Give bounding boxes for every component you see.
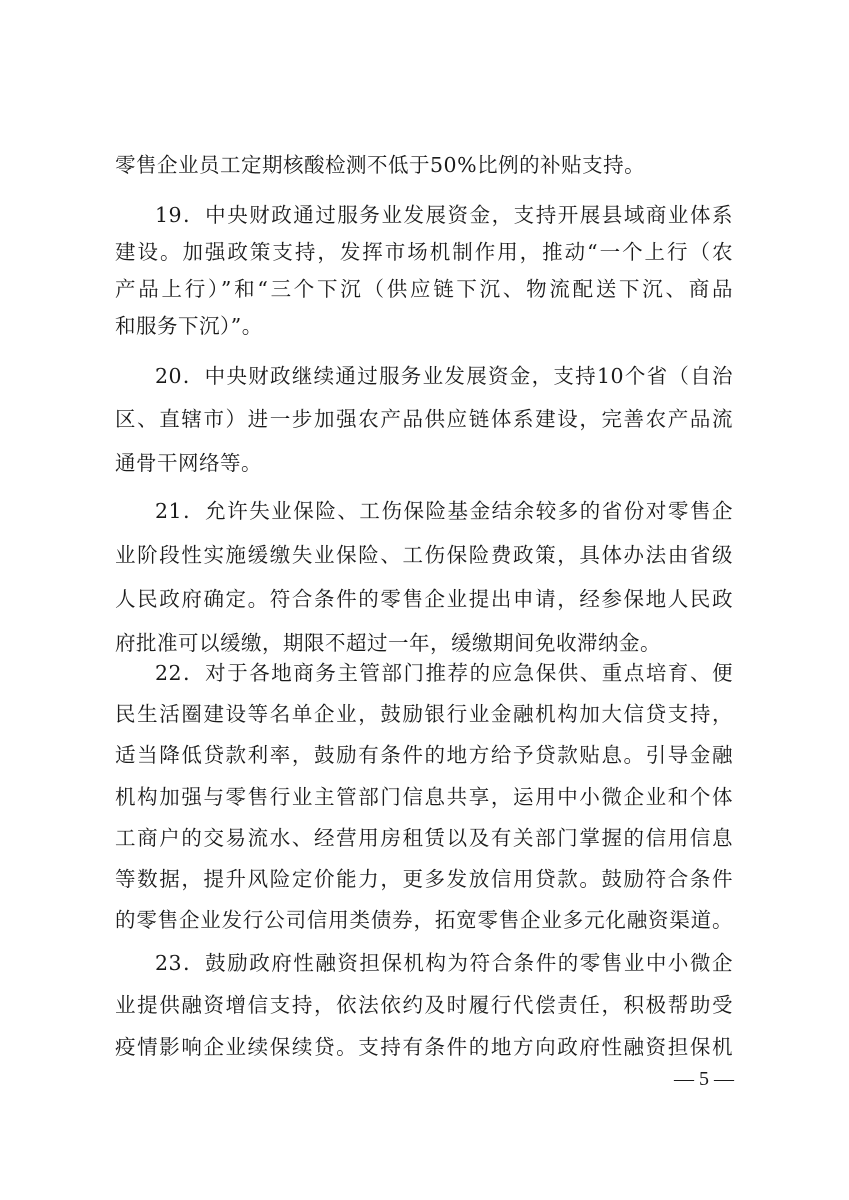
paragraph-18-tail-line-1: 零售企业员工定期核酸检测不低于50%比例的补贴支持。 [115, 152, 733, 178]
paragraph-22-line-4: 机构加强与零售行业主管部门信息共享，运用中小微企业和个体 [115, 784, 733, 810]
paragraph-23-line-3: 疫情影响企业续保续贷。支持有条件的地方向政府性融资担保机 [115, 1034, 733, 1060]
paragraph-23-line-2: 业提供融资增信支持，依法依约及时履行代偿责任，积极帮助受 [115, 992, 733, 1018]
paragraph-21-line-4: 府批准可以缓缴，期限不超过一年，缓缴期间免收滞纳金。 [115, 630, 733, 656]
document-page: 零售企业员工定期核酸检测不低于50%比例的补贴支持。 19．中央财政通过服务业发… [0, 0, 849, 1200]
paragraph-22-line-5: 工商户的交易流水、经营用房租赁以及有关部门掌握的信用信息 [115, 825, 733, 851]
paragraph-21-line-2: 业阶段性实施缓缴失业保险、工伤保险费政策，具体办法由省级 [115, 542, 733, 568]
paragraph-19-line-3: 产品上行）”和“三个下沉（供应链下沉、物流配送下沉、商品 [115, 276, 733, 302]
paragraph-22-line-1: 22．对于各地商务主管部门推荐的应急保供、重点培育、便 [155, 660, 733, 686]
paragraph-19-line-4: 和服务下沉）”。 [115, 313, 733, 339]
paragraph-22-line-2: 民生活圈建设等名单企业，鼓励银行业金融机构加大信贷支持， [115, 701, 733, 727]
paragraph-19-line-2: 建设。加强政策支持，发挥市场机制作用，推动“一个上行（农 [115, 239, 733, 265]
paragraph-19-line-1: 19．中央财政通过服务业发展资金，支持开展县域商业体系 [155, 202, 733, 228]
page-number: — 5 — [644, 1067, 734, 1091]
paragraph-20-line-1: 20．中央财政继续通过服务业发展资金，支持10个省（自治 [155, 363, 733, 389]
paragraph-21-line-1: 21．允许失业保险、工伤保险基金结余较多的省份对零售企 [155, 498, 733, 524]
paragraph-23-line-1: 23．鼓励政府性融资担保机构为符合条件的零售业中小微企 [155, 950, 733, 976]
paragraph-22-line-7: 的零售企业发行公司信用类债券，拓宽零售企业多元化融资渠道。 [115, 907, 733, 933]
paragraph-20-line-3: 通骨干网络等。 [115, 450, 733, 476]
paragraph-20-line-2: 区、直辖市）进一步加强农产品供应链体系建设，完善农产品流 [115, 406, 733, 432]
paragraph-21-line-3: 人民政府确定。符合条件的零售企业提出申请，经参保地人民政 [115, 586, 733, 612]
paragraph-22-line-6: 等数据，提升风险定价能力，更多发放信用贷款。鼓励符合条件 [115, 866, 733, 892]
paragraph-22-line-3: 适当降低贷款利率，鼓励有条件的地方给予贷款贴息。引导金融 [115, 742, 733, 768]
